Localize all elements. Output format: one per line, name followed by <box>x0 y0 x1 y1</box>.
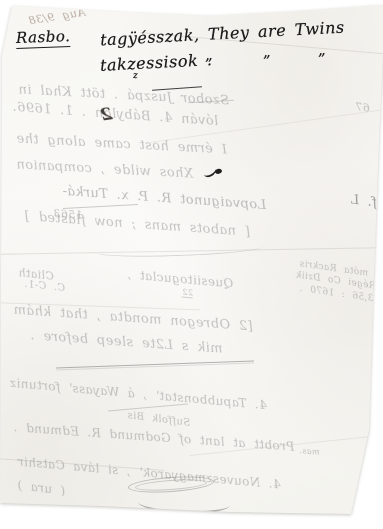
bottom-pen-curve <box>138 492 231 514</box>
bleedthrough-divider-rule <box>56 361 254 369</box>
bleedthrough-dark-mark: f. L <box>349 192 378 211</box>
note-line-2: takzessisok . <box>100 50 213 75</box>
bleedthrough-date: Aug 9/38 <box>27 6 86 28</box>
bleedthrough-line: Xhos wilde , companion <box>16 157 194 181</box>
bleedthrough-number: 22 <box>182 288 194 299</box>
ditto-mark: ” <box>263 52 272 70</box>
bleedthrough-paren: ( ura ) <box>16 478 66 498</box>
paper-sheet: Aug 9/38 Szobor Juszpá . tött Khal in 67… <box>0 0 383 529</box>
bleedthrough-line: [ nabots mans ; now flasted ] <box>24 209 251 240</box>
ink-blot-mark <box>202 163 224 181</box>
bleedthrough-underline <box>63 204 138 209</box>
bleedthrough-line: C. C-1. <box>24 279 66 294</box>
ink-blot-dot <box>215 168 223 174</box>
ditto-mark: ” <box>205 55 214 73</box>
ditto-mark: ” <box>318 50 327 68</box>
scanned-note-image: Aug 9/38 Szobor Juszpá . tött Khal in 67… <box>0 0 383 529</box>
bleedthrough-number: 67 <box>354 100 370 114</box>
note-subscript: z <box>133 71 139 81</box>
bleedthrough-line: Lopvaigunot R. P. x. Turká- <box>62 184 267 213</box>
bleedthrough-line: Quesiitoguclat , <box>127 267 234 290</box>
paper-shadow: Aug 9/38 Szobor Juszpá . tött Khal in 67… <box>0 0 383 529</box>
crease-curve <box>95 240 263 259</box>
bleedthrough-line: Probtt at lant of Godmund R. Edmund . <box>13 420 295 454</box>
bleedthrough-line: 4. Tapubbonstat' , á Wayass' fortuniz <box>9 376 268 412</box>
bleedthrough-line: mik s L2te sleep before . <box>30 328 223 356</box>
bleedthrough-line: Suffolk Bis <box>127 410 191 429</box>
note-heading: Rasbo. <box>16 27 71 49</box>
bleedthrough-line: mas. <box>299 446 320 456</box>
bleedthrough-bold-mark: 2 <box>99 104 114 126</box>
bleedthrough-underline <box>108 404 188 412</box>
note-line-1: tagÿésszak, They are Twins <box>100 18 345 50</box>
